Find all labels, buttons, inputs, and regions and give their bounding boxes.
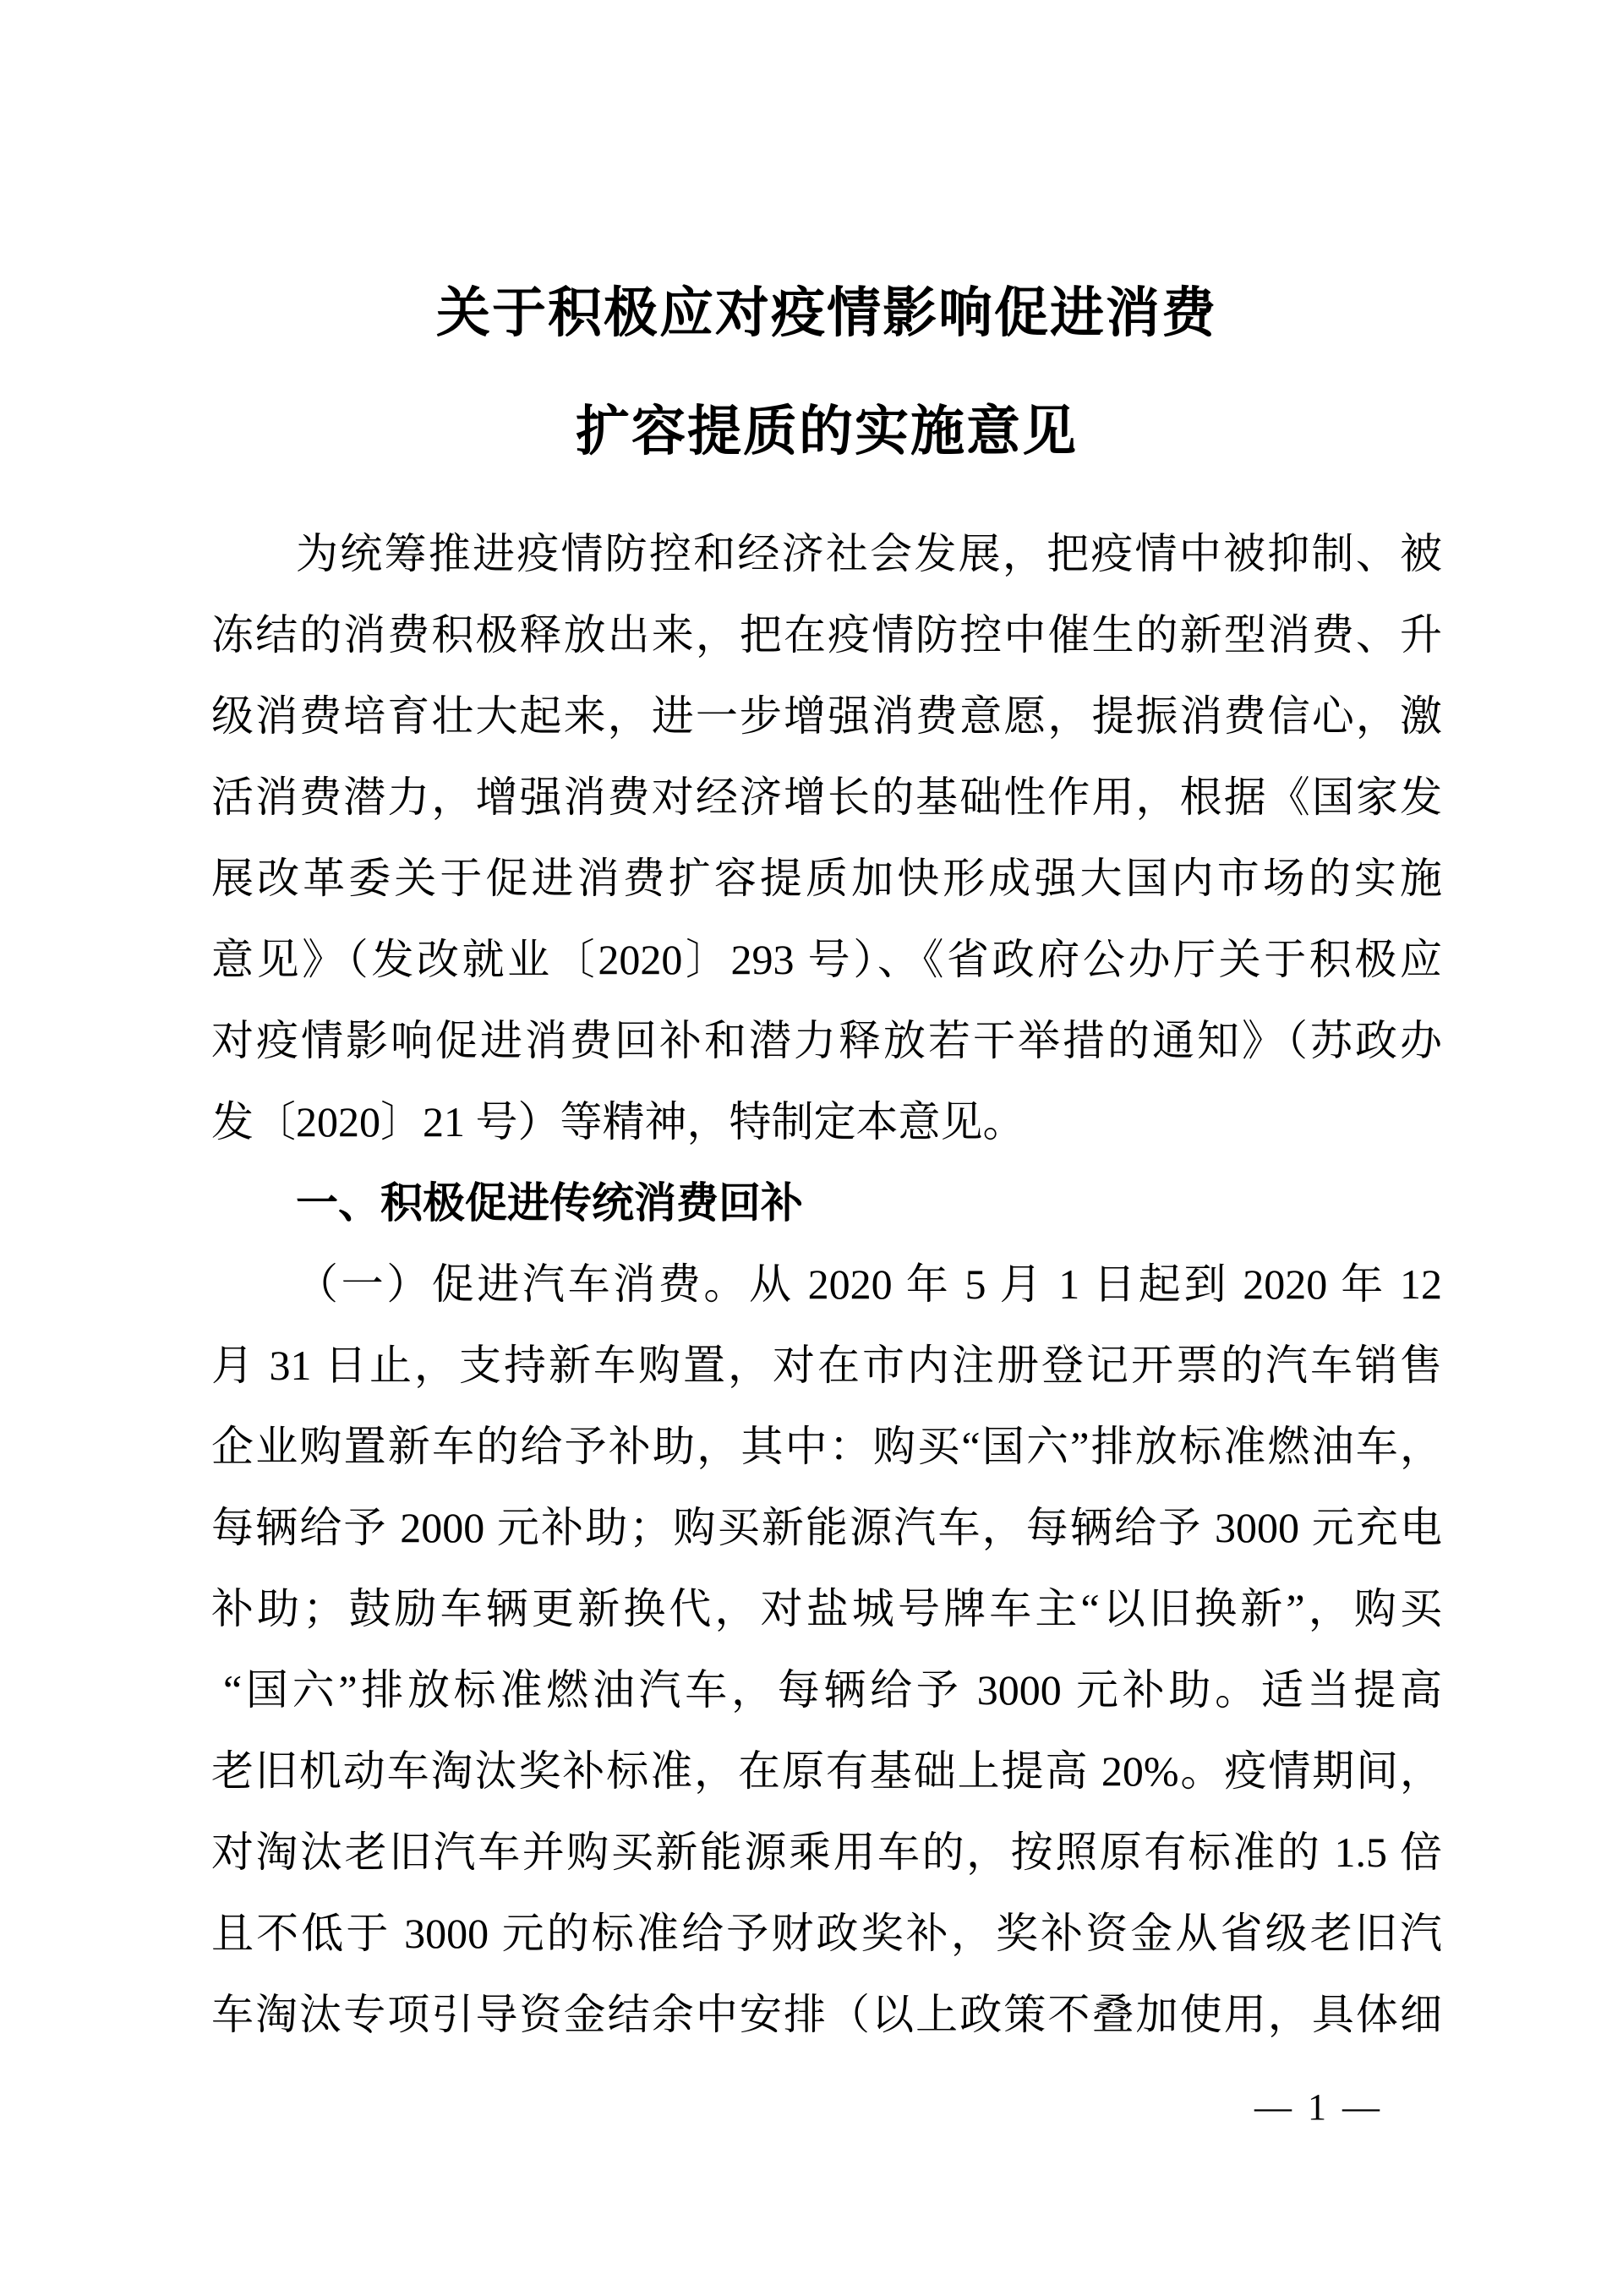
- document-line: 展改革委关于促进消费扩容提质加快形成强大国内市场的实施: [211, 838, 1442, 919]
- document-line: 对淘汰老旧汽车并购买新能源乘用车的，按照原有标准的 1.5 倍: [211, 1812, 1442, 1893]
- document-line: 补助；鼓励车辆更新换代，对盐城号牌车主“以旧换新”，购买: [211, 1568, 1442, 1649]
- document-line: 每辆给予 2000 元补助；购买新能源汽车，每辆给予 3000 元充电: [211, 1487, 1442, 1568]
- page-number: — 1 —: [211, 2067, 1442, 2148]
- document-title: 关于积极应对疫情影响促进消费 扩容提质的实施意见: [211, 0, 1442, 490]
- document-line: 且不低于 3000 元的标准给予财政奖补，奖补资金从省级老旧汽: [211, 1893, 1442, 1974]
- document-line: 车淘汰专项引导资金结余中安排（以上政策不叠加使用，具体细: [211, 1974, 1442, 2055]
- document-body: 为统筹推进疫情防控和经济社会发展，把疫情中被抑制、被冻结的消费积极释放出来，把在…: [211, 513, 1442, 2055]
- document-line: 为统筹推进疫情防控和经济社会发展，把疫情中被抑制、被: [211, 513, 1442, 594]
- document-line: 发〔2020〕21 号）等精神，特制定本意见。: [211, 1081, 1442, 1162]
- document-line: 老旧机动车淘汰奖补标准，在原有基础上提高 20%。疫情期间，: [211, 1730, 1442, 1812]
- document-line: 活消费潜力，增强消费对经济增长的基础性作用，根据《国家发: [211, 757, 1442, 838]
- document-line: （一）促进汽车消费。从 2020 年 5 月 1 日起到 2020 年 12: [211, 1244, 1442, 1325]
- document-line: 级消费培育壮大起来，进一步增强消费意愿，提振消费信心，激: [211, 675, 1442, 757]
- document-line: 月 31 日止，支持新车购置，对在市内注册登记开票的汽车销售: [211, 1325, 1442, 1406]
- document-line: “国六”排放标准燃油汽车，每辆给予 3000 元补助。适当提高: [211, 1649, 1442, 1730]
- document-line: 对疫情影响促进消费回补和潜力释放若干举措的通知》（苏政办: [211, 1000, 1442, 1081]
- document-title-line-1: 关于积极应对疫情影响促进消费: [211, 254, 1442, 372]
- document-line: 冻结的消费积极释放出来，把在疫情防控中催生的新型消费、升: [211, 594, 1442, 675]
- document-title-line-2: 扩容提质的实施意见: [211, 372, 1442, 490]
- document-line: 意见》（发改就业〔2020〕293 号）、《省政府公办厅关于积极应: [211, 919, 1442, 1000]
- document-page: 关于积极应对疫情影响促进消费 扩容提质的实施意见 为统筹推进疫情防控和经济社会发…: [0, 0, 1623, 2296]
- document-content: 关于积极应对疫情影响促进消费 扩容提质的实施意见 为统筹推进疫情防控和经济社会发…: [211, 0, 1442, 2148]
- section-heading: 一、积极促进传统消费回补: [211, 1162, 1442, 1244]
- document-line: 企业购置新车的给予补助，其中：购买“国六”排放标准燃油车，: [211, 1406, 1442, 1487]
